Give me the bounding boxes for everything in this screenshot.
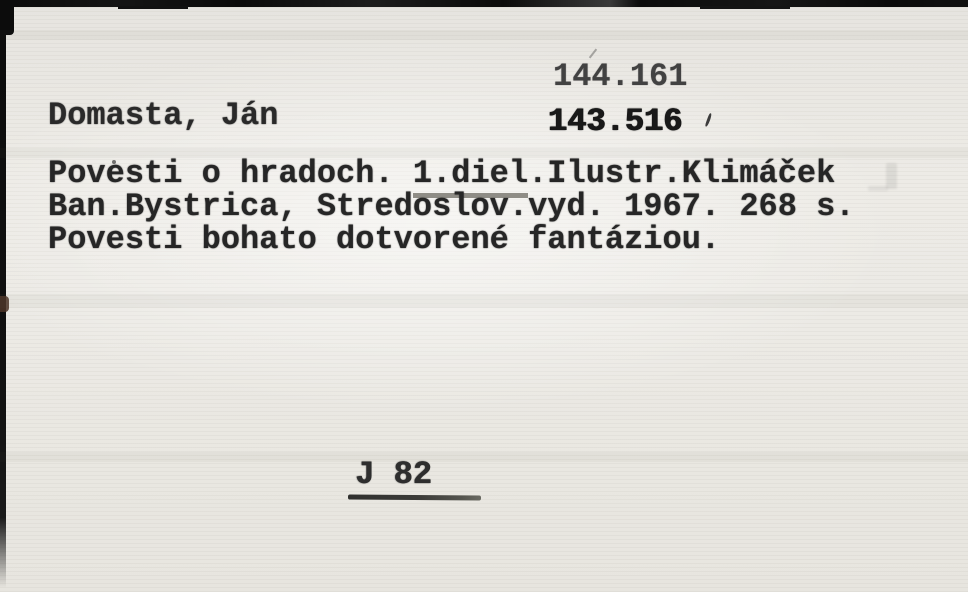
- dust-speck: [112, 160, 116, 164]
- shelf-mark-underline: [348, 495, 481, 501]
- annotation-line: Povesti bohato dotvorené fantáziou.: [48, 223, 720, 256]
- title-text: Povesti o hradoch.: [48, 155, 413, 192]
- author-heading: Domasta, Ján: [48, 99, 278, 132]
- scratch-mark: [589, 49, 597, 59]
- paper-texture-band: [0, 452, 968, 462]
- scan-left-edge-notch: [0, 0, 14, 35]
- scan-top-edge-bump: [118, 6, 188, 9]
- imprint-line: Ban.Bystrica, Stredoslov.vyd. 1967. 268 …: [48, 190, 855, 223]
- ghost-smudge: [868, 186, 888, 191]
- title-line: Povesti o hradoch. 1.diel.Ilustr.Klimáče…: [48, 157, 835, 190]
- scan-top-edge-bump: [700, 6, 790, 9]
- catalog-card-scan: 144.161 143.516 Domasta, Ján Povesti o h…: [0, 0, 968, 592]
- scan-left-edge: [0, 0, 6, 588]
- call-number-bottom: 143.516: [548, 105, 682, 138]
- call-number-top: 144.161: [553, 60, 687, 93]
- illustrator-text: .Ilustr.Klimáček: [528, 155, 835, 192]
- paper-texture-band: [0, 30, 968, 40]
- shelf-mark: J 82: [355, 458, 432, 491]
- ghost-smudge: [886, 163, 897, 189]
- scan-left-edge-stain: [0, 296, 9, 312]
- pen-tick-mark: [705, 113, 713, 127]
- paper-texture-band: [0, 294, 968, 308]
